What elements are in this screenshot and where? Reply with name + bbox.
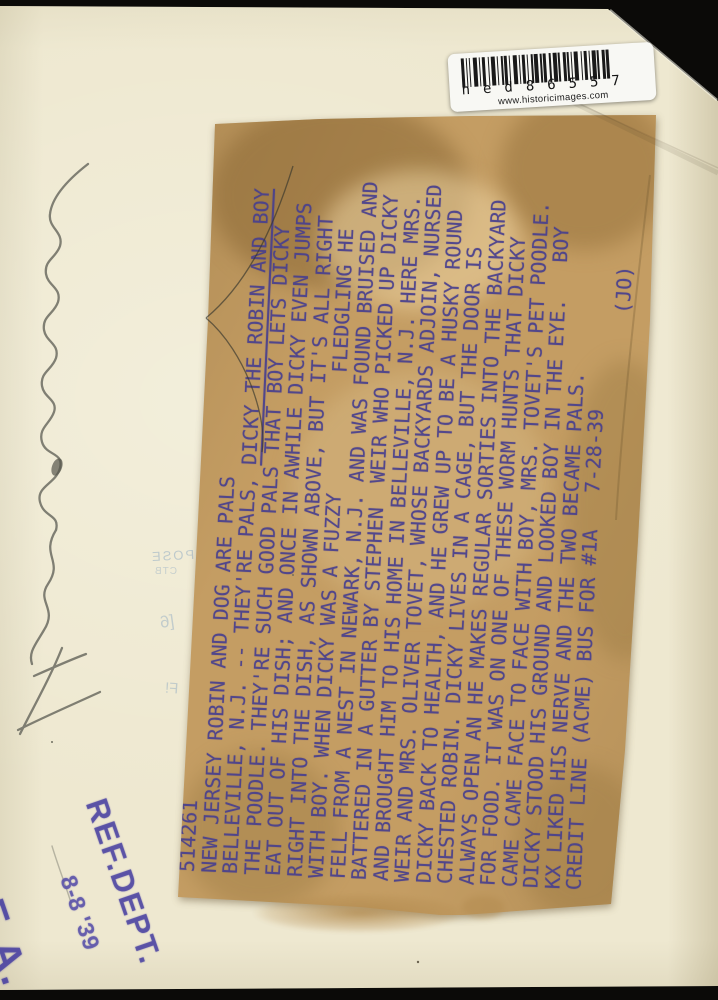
stain-drip bbox=[252, 893, 467, 933]
caption-slip: 514261 NEW JERSEY ROBIN AND DOG ARE PALS… bbox=[170, 110, 670, 915]
stain-drip bbox=[462, 896, 504, 918]
ink-transfer-mark: F! bbox=[164, 680, 178, 698]
typed-caption: 514261 NEW JERSEY ROBIN AND DOG ARE PALS… bbox=[177, 132, 643, 892]
ink-transfer-mark: [6 bbox=[159, 611, 176, 633]
ink-transfer-mark: CTB bbox=[154, 566, 177, 577]
ink-transfer-mark: POSE bbox=[150, 547, 195, 564]
photo-back-scan: POSE CTB [6 F! 514261 NEW JERSEY ROBIN A… bbox=[0, 0, 718, 1000]
